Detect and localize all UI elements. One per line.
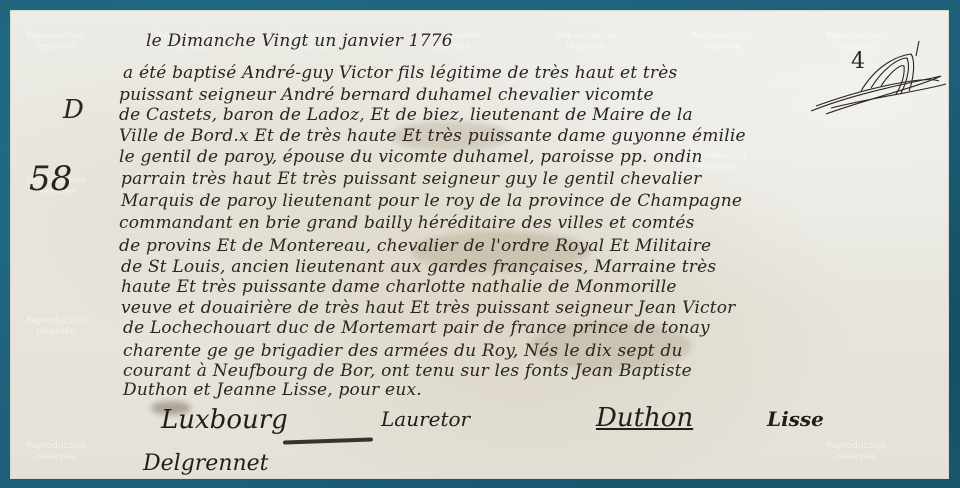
signature-lisse: Lisse <box>767 407 824 431</box>
entry-number: 58 <box>29 159 72 199</box>
text-line: courant à Neufbourg de Bor, ont tenu sur… <box>123 361 692 381</box>
text-line: de Lochechouart duc de Mortemart pair de… <box>123 318 710 338</box>
watermark: Reproductionréservée <box>541 31 631 53</box>
text-line: haute Et très puissante dame charlotte n… <box>121 277 677 297</box>
text-line: a été baptisé André-guy Victor fils légi… <box>123 63 677 83</box>
signature-lauretor: Lauretor <box>381 407 470 431</box>
text-line: parrain très haut Et très puissant seign… <box>121 169 702 189</box>
watermark: Reproductionréservée <box>811 441 901 463</box>
margin-mark-d: D <box>63 95 84 125</box>
watermark: Reproductionréservée <box>676 31 766 53</box>
text-line: de Castets, baron de Ladoz, Et de biez, … <box>119 105 693 125</box>
text-line: le gentil de paroy, épouse du vicomte du… <box>119 147 703 167</box>
text-line: le Dimanche Vingt un janvier 1776 <box>146 31 453 51</box>
text-line: Ville de Bord.x Et de très haute Et très… <box>119 126 746 146</box>
register-page: Reproductionréservée Reproductionréservé… <box>11 11 948 478</box>
text-line: Marquis de paroy lieutenant pour le roy … <box>121 191 742 211</box>
signature-stroke <box>283 437 373 444</box>
signature-luxbourg: Luxbourg <box>161 405 288 435</box>
watermark: Reproductionréservée <box>11 441 101 463</box>
paraph-flourish-icon <box>801 36 948 126</box>
watermark: Reproductionréservée <box>11 31 101 53</box>
text-line: puissant seigneur André bernard duhamel … <box>119 85 654 105</box>
signature-delgrennet: Delgrennet <box>143 451 269 476</box>
text-line: Duthon et Jeanne Lisse, pour eux. <box>123 380 422 400</box>
text-line: charente ge ge brigadier des armées du R… <box>123 341 683 361</box>
text-line: de provins Et de Montereau, chevalier de… <box>119 236 711 256</box>
text-line: de St Louis, ancien lieutenant aux garde… <box>121 257 716 277</box>
watermark: Reproductionréservée <box>11 316 101 338</box>
signature-duthon: Duthon <box>596 403 693 433</box>
text-line: commandant en brie grand bailly hérédita… <box>119 213 695 233</box>
text-line: veuve et douairière de très haut Et très… <box>121 298 736 318</box>
